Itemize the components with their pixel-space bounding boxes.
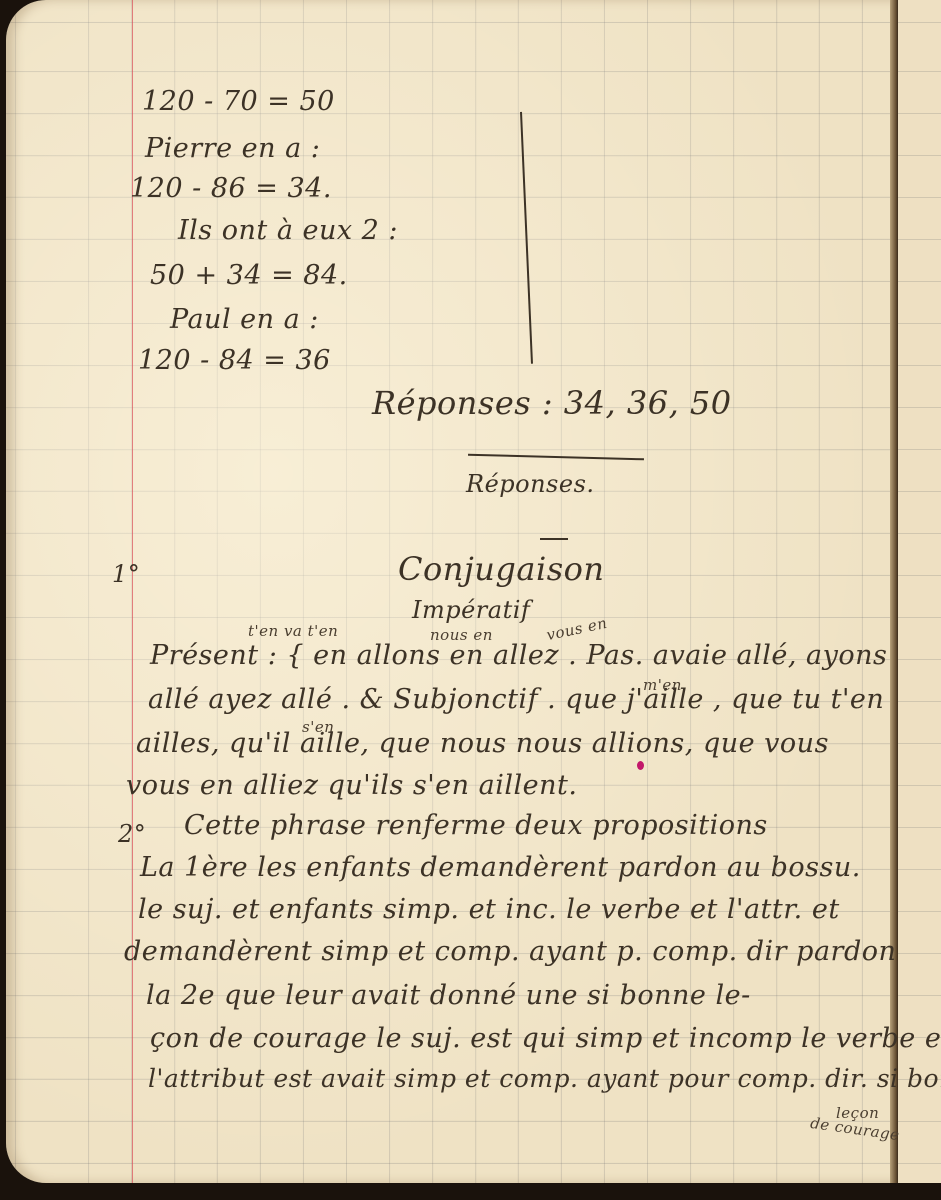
calc-line: Paul en a : xyxy=(170,304,319,335)
ink-spot xyxy=(637,761,644,770)
text-line: la 2e que leur avait donné une si bonne … xyxy=(146,980,751,1011)
calc-line: Ils ont à eux 2 : xyxy=(178,215,398,246)
answer-line: Réponses : 34, 36, 50 xyxy=(372,384,732,422)
calc-line: 120 - 84 = 36 xyxy=(138,345,331,376)
dash-separator xyxy=(540,538,568,540)
answer-heading: Réponses. xyxy=(466,470,595,498)
next-page-edge xyxy=(898,0,941,1183)
text-line: Présent : { en allons en allez . Pas. av… xyxy=(150,640,887,671)
text-line: l'attribut est avait simp et comp. ayant… xyxy=(148,1064,941,1093)
text-line: allé ayez allé . & Subjonctif . que j'ai… xyxy=(148,684,884,715)
text-line: çon de courage le suj. est qui simp et i… xyxy=(150,1023,941,1054)
text-line: le suj. et enfants simp. et inc. le verb… xyxy=(138,894,840,925)
exercise-subtitle: Impératif xyxy=(412,596,530,624)
exercise-number: 1° xyxy=(112,560,140,588)
text-line: demandèrent simp et comp. ayant p. comp.… xyxy=(124,936,896,967)
calc-line: Pierre en a : xyxy=(145,133,320,164)
annotation: t'en va t'en xyxy=(248,622,338,640)
text-line: La 1ère les enfants demandèrent pardon a… xyxy=(140,852,861,883)
exercise-number: 2° xyxy=(118,820,146,848)
text-line: Cette phrase renferme deux propositions xyxy=(184,810,768,841)
page-binding-fold xyxy=(890,0,898,1183)
calc-line: 50 + 34 = 84. xyxy=(150,260,348,291)
text-line: ailles, qu'il aille, que nous nous allio… xyxy=(136,728,829,759)
calc-line: 120 - 86 = 34. xyxy=(130,173,332,204)
calc-line: 120 - 70 = 50 xyxy=(142,86,335,117)
exercise-title: Conjugaison xyxy=(398,550,604,588)
text-line: vous en alliez qu'ils s'en aillent. xyxy=(126,770,577,801)
